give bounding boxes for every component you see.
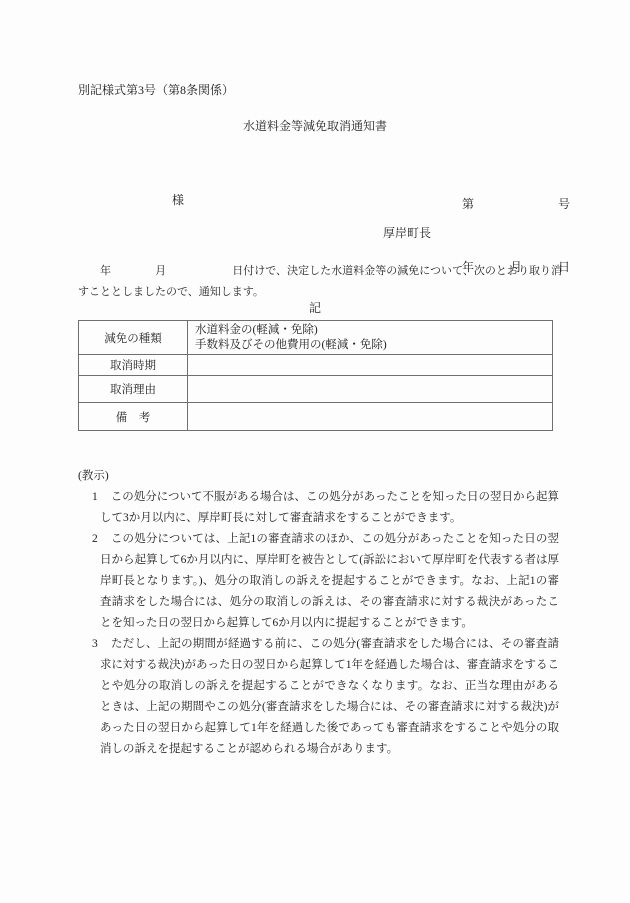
note-item-3: 3ただし、上記の期間が経過する前に、この処分(審査請求をした場合には、その審査請… <box>78 634 559 760</box>
body-paragraph: 年 月 日付けで、決定した水道料金等の減免について、次のとおり取り消すこととしま… <box>78 261 562 303</box>
record-heading: 記 <box>0 299 630 316</box>
row-value-cancellation-reason <box>188 376 553 403</box>
note-number: 1 <box>92 491 98 503</box>
note-text: ただし、上記の期間が経過する前に、この処分(審査請求をした場合には、その審査請求… <box>100 638 559 755</box>
table-row-reduction-type: 減免の種類 水道料金の(軽減・免除) 手数料及びその他費用の(軽減・免除) <box>79 321 553 355</box>
table-row-cancellation-reason: 取消理由 <box>79 376 553 403</box>
addressee-honorific: 様 <box>172 191 184 208</box>
table-row-cancellation-date: 取消時期 <box>79 355 553 376</box>
note-text: この処分については、上記1の審査請求のほか、この処分があったことを知った日の翌日… <box>100 533 559 629</box>
notes-list: 1この処分について不服がある場合は、この処分があったことを知った日の翌日から起算… <box>78 487 559 760</box>
document-page: 別記様式第3号（第8条関係） 水道料金等減免取消通知書 第 号 年 月 日 様 … <box>0 0 630 903</box>
form-reference: 別記様式第3号（第8条関係） <box>78 83 234 97</box>
note-text: この処分について不服がある場合は、この処分があったことを知った日の翌日から起算し… <box>100 491 559 524</box>
row-value-remarks <box>188 403 553 431</box>
reduction-cancellation-table: 減免の種類 水道料金の(軽減・免除) 手数料及びその他費用の(軽減・免除) 取消… <box>78 320 553 431</box>
notes-heading: (教示) <box>78 466 109 487</box>
value-line: 手数料及びその他費用の(軽減・免除) <box>195 338 545 353</box>
table-row-remarks: 備 考 <box>79 403 553 431</box>
row-value-reduction-type: 水道料金の(軽減・免除) 手数料及びその他費用の(軽減・免除) <box>188 321 553 355</box>
note-number: 2 <box>92 533 98 545</box>
sender-title: 厚岸町長 <box>383 224 431 241</box>
note-item-2: 2この処分については、上記1の審査請求のほか、この処分があったことを知った日の翌… <box>78 529 559 634</box>
row-label-reduction-type: 減免の種類 <box>79 321 188 355</box>
row-label-remarks: 備 考 <box>79 403 188 431</box>
value-line: 水道料金の(軽減・免除) <box>195 323 545 338</box>
row-label-cancellation-reason: 取消理由 <box>79 376 188 403</box>
note-item-1: 1この処分について不服がある場合は、この処分があったことを知った日の翌日から起算… <box>78 487 559 529</box>
row-value-cancellation-date <box>188 355 553 376</box>
document-title: 水道料金等減免取消通知書 <box>0 119 630 134</box>
row-label-cancellation-date: 取消時期 <box>79 355 188 376</box>
document-number-line: 第 号 <box>462 194 570 215</box>
note-number: 3 <box>92 638 98 650</box>
